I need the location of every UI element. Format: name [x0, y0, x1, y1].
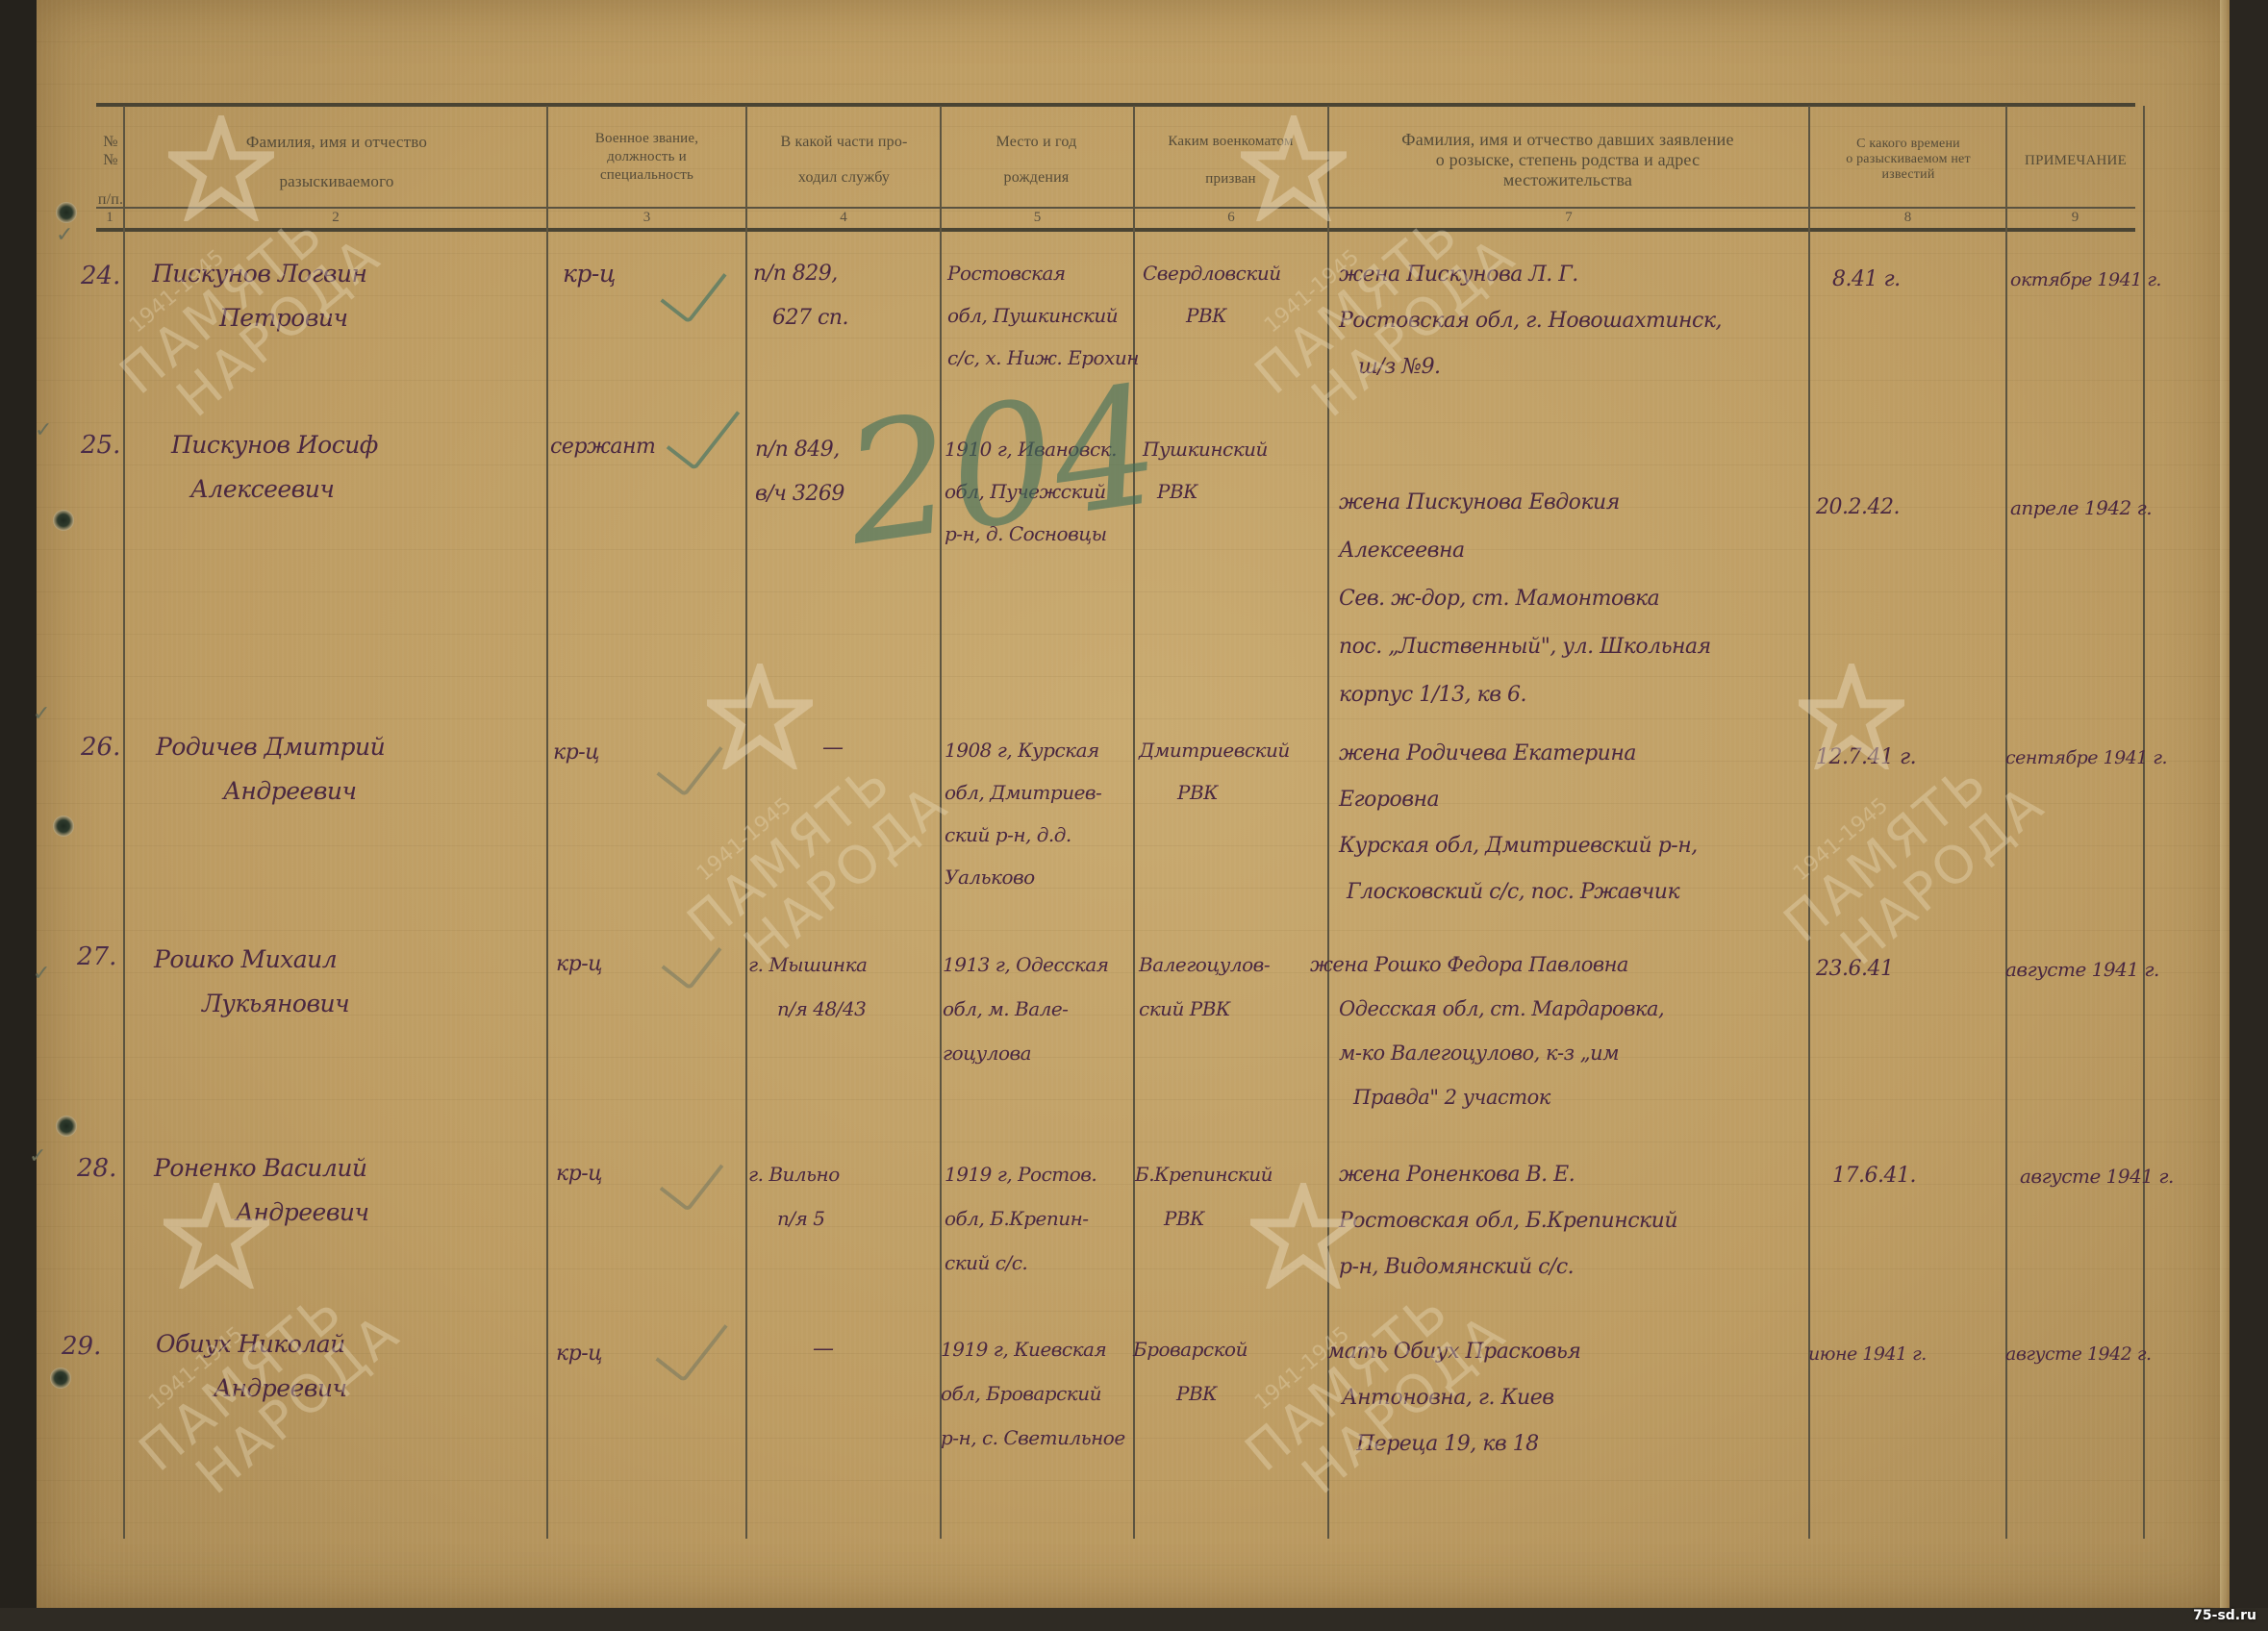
header-col-1: №№ п/п. [96, 133, 125, 209]
header-text: известий [1813, 167, 2003, 183]
text-line: Андреевич [156, 769, 385, 814]
military-rank: сержант [550, 425, 655, 469]
text-line: ш/з №9. [1339, 344, 1722, 390]
text-line: г. Мышинка [748, 942, 867, 987]
header-text: №№ [96, 133, 125, 169]
text-line: Переца 19, кв 18 [1327, 1421, 1580, 1468]
text-line: жена Рошко Федора Павловна [1310, 942, 1664, 987]
column-divider [2005, 106, 2007, 1539]
commissariat: Б.Крепинский РВК [1135, 1152, 1273, 1241]
text-line: ский р-н, д.д. [945, 814, 1101, 856]
column-number: 1 [96, 210, 123, 226]
no-news-since: 20.2.42. [1816, 486, 1900, 530]
text-line: Рошко Михаил [154, 938, 349, 982]
text-line: Алексеевна [1339, 527, 1711, 575]
header-col-4: В какой части про- ходил службу [750, 133, 938, 187]
text-line: Роненко Василий [154, 1146, 369, 1191]
text-line: мать Обиух Прасковья [1327, 1329, 1580, 1375]
text-line: Б.Крепинский [1135, 1152, 1273, 1196]
text-line: РВК [1133, 1371, 1247, 1416]
column-divider [1327, 106, 1329, 1539]
scan-bottom-border [0, 1608, 2268, 1631]
header-text: местожительства [1332, 170, 1803, 190]
column-divider [2143, 106, 2145, 1539]
no-news-since: 23.6.41 [1816, 947, 1893, 991]
military-unit: п/п 829, 627 сп. [753, 252, 848, 340]
row-number: 24. [81, 262, 120, 290]
margin-tick-icon: ✓ [29, 1144, 46, 1168]
text-line: Свердловский [1143, 252, 1281, 294]
text-line: Ростовская обл, Б.Крепинский [1339, 1198, 1677, 1244]
text-line: Валегоцулов- [1139, 942, 1270, 987]
note: апреле 1942 г. [2010, 486, 2152, 530]
text-line: жена Пискунова Л. Г. [1339, 252, 1722, 298]
person-name: Роненко Василий Андреевич [154, 1146, 369, 1235]
header-text: ходил службу [750, 168, 938, 187]
military-rank: кр-ц [563, 252, 616, 296]
text-line: обл, Пушкинский [947, 294, 1139, 337]
military-rank: кр-ц [553, 731, 599, 775]
header-text: о разыскиваемом нет [1813, 152, 2003, 167]
applicant-info: жена Рошко Федора Павловна Одесская обл,… [1310, 942, 1664, 1119]
header-col-3: Военное звание, должность и специальност… [553, 130, 741, 185]
military-unit: — [822, 726, 844, 770]
person-name: Рошко Михаил Лукьянович [154, 938, 349, 1026]
header-text: п/п. [96, 190, 125, 209]
text-line: Уальково [945, 856, 1101, 898]
no-news-since: 17.6.41. [1832, 1154, 1916, 1198]
header-text: призван [1137, 170, 1324, 188]
applicant-info: жена Родичева Екатерина Егоровна Курская… [1339, 731, 1698, 916]
note: сентябре 1941 г. [2005, 736, 2167, 780]
column-divider [940, 106, 942, 1539]
text-line: Ростовская [947, 252, 1139, 294]
no-news-since: июне 1941 г. [1808, 1332, 1927, 1376]
header-text: С какого времени [1813, 137, 2003, 152]
text-line: Андреевич [156, 1367, 347, 1411]
text-line: обл, Дмитриев- [945, 771, 1101, 814]
text-line: 1919 г, Киевская [941, 1327, 1125, 1371]
text-line: 1908 г, Курская [945, 729, 1101, 771]
row-number: 27. [77, 942, 116, 971]
punch-hole-mark-icon [56, 1116, 77, 1137]
text-line: п/я 48/43 [748, 987, 867, 1031]
text-line: м-ко Валегоцулово, к-з „им [1310, 1031, 1664, 1075]
header-text: ПРИМЕЧАНИЕ [2008, 152, 2143, 170]
scan-left-border [0, 0, 37, 1631]
military-rank: кр-ц [556, 942, 602, 987]
text-line: 627 сп. [753, 296, 848, 340]
applicant-info: жена Роненкова В. Е. Ростовская обл, Б.К… [1339, 1152, 1677, 1291]
text-line: гоцулова [943, 1031, 1109, 1075]
text-line: Глосковский с/с, пос. Ржавчик [1339, 869, 1698, 916]
text-line: Ростовская обл, г. Новошахтинск, [1339, 298, 1722, 344]
text-line: ский РВК [1139, 987, 1270, 1031]
person-name: Пискунов Иосиф Алексеевич [171, 423, 378, 512]
header-col-7: Фамилия, имя и отчество давших заявление… [1332, 130, 1803, 190]
header-text: Место и год [943, 133, 1130, 151]
birth-place-year: 1919 г, Киевская обл, Броварский р-н, с.… [941, 1327, 1125, 1460]
column-number: 8 [1810, 210, 2005, 226]
text-line: жена Пискунова Евдокия [1339, 479, 1711, 527]
text-line: жена Роненкова В. Е. [1339, 1152, 1677, 1198]
applicant-info: жена Пискунова Л. Г. Ростовская обл, г. … [1339, 252, 1722, 390]
column-divider [123, 106, 125, 1539]
military-unit: п/п 849, в/ч 3269 [755, 428, 844, 516]
row-number: 26. [81, 733, 120, 762]
text-line: в/ч 3269 [755, 472, 844, 516]
header-text: Фамилия, имя и отчество [135, 133, 539, 151]
column-number: 7 [1329, 210, 1808, 226]
header-col-2: Фамилия, имя и отчество разыскиваемого [135, 133, 539, 190]
punch-hole-mark-icon [53, 815, 74, 837]
column-number: 5 [942, 210, 1133, 226]
note: августе 1941 г. [2005, 947, 2159, 991]
header-text: Каким военкоматом [1137, 133, 1324, 151]
source-watermark: 75-sd.ru [2193, 1608, 2256, 1623]
punch-hole-mark-icon [56, 202, 77, 223]
header-col-9: ПРИМЕЧАНИЕ [2008, 152, 2143, 170]
punch-hole-mark-icon [50, 1368, 71, 1389]
column-number: 3 [548, 210, 745, 226]
text-line: пос. „Лиственный", ул. Школьная [1339, 623, 1711, 671]
column-number: 4 [747, 210, 940, 226]
applicant-info: мать Обиух Прасковья Антоновна, г. Киев … [1327, 1329, 1580, 1468]
column-divider [745, 106, 747, 1539]
margin-tick-icon: ✓ [56, 223, 73, 247]
text-line: Курская обл, Дмитриевский р-н, [1339, 823, 1698, 869]
text-line: корпус 1/13, кв 6. [1339, 671, 1711, 719]
column-number: 9 [2007, 210, 2143, 226]
birth-place-year: 1913 г, Одесская обл, м. Вале- гоцулова [943, 942, 1109, 1075]
text-line: обл, Броварский [941, 1371, 1125, 1416]
text-line: п/п 849, [755, 428, 844, 472]
text-line: п/п 829, [753, 252, 848, 296]
header-text: Военное звание, [553, 130, 741, 148]
note: октябре 1941 г. [2010, 258, 2161, 302]
text-line: Пискунов Логвин [152, 252, 367, 296]
text-line: 1913 г, Одесская [943, 942, 1109, 987]
column-divider [1808, 106, 1810, 1539]
text-line: р-н, Видомянский с/с. [1339, 1244, 1677, 1291]
text-line: Лукьянович [154, 982, 349, 1026]
header-text: о розыске, степень родства и адрес [1332, 150, 1803, 170]
header-col-5: Место и год рождения [943, 133, 1130, 187]
column-number: 2 [125, 210, 546, 226]
header-col-6: Каким военкоматом призван [1137, 133, 1324, 188]
margin-tick-icon: ✓ [33, 702, 50, 726]
no-news-since: 8.41 г. [1832, 258, 1901, 302]
text-line: Егоровна [1339, 777, 1698, 823]
header-col-8: С какого времени о разыскиваемом нет изв… [1813, 137, 2003, 183]
text-line: Броварской [1133, 1327, 1247, 1371]
text-line: РВК [1135, 1196, 1273, 1241]
military-unit: — [813, 1327, 834, 1371]
text-line: Дмитриевский [1139, 729, 1290, 771]
header-text: Фамилия, имя и отчество давших заявление [1332, 130, 1803, 150]
row-number: 29. [62, 1332, 101, 1361]
header-rule [96, 207, 2135, 209]
text-line: 1919 г, Ростов. [945, 1152, 1096, 1196]
text-line: жена Родичева Екатерина [1339, 731, 1698, 777]
person-name: Обиух Николай Андреевич [156, 1322, 347, 1411]
no-news-since: 12.7.41 г. [1816, 736, 1916, 780]
birth-place-year: 1908 г, Курская обл, Дмитриев- ский р-н,… [945, 729, 1101, 898]
applicant-info: жена Пискунова Евдокия Алексеевна Сев. ж… [1339, 479, 1711, 719]
row-number: 25. [81, 431, 120, 460]
note: августе 1942 г. [2005, 1332, 2152, 1376]
text-line: Пушкинский [1143, 428, 1268, 470]
header-text: В какой части про- [750, 133, 938, 151]
row-number: 28. [77, 1154, 116, 1183]
birth-place-year: 1919 г, Ростов. обл, Б.Крепин- ский с/с. [945, 1152, 1096, 1285]
text-line: РВК [1139, 771, 1290, 814]
header-text: рождения [943, 168, 1130, 187]
military-rank: кр-ц [556, 1152, 602, 1196]
military-rank: кр-ц [556, 1332, 602, 1376]
text-line: Обиух Николай [156, 1322, 347, 1367]
person-name: Родичев Дмитрий Андреевич [156, 725, 385, 814]
text-line: Одесская обл, ст. Мардаровка, [1310, 987, 1664, 1031]
text-line: обл, Б.Крепин- [945, 1196, 1096, 1241]
margin-tick-icon: ✓ [35, 418, 52, 442]
header-text: разыскиваемого [135, 172, 539, 190]
text-line: Сев. ж-дор, ст. Мамонтовка [1339, 575, 1711, 623]
text-line: г. Вильно [748, 1152, 840, 1196]
military-unit: г. Вильно п/я 5 [748, 1152, 840, 1241]
text-line: Пискунов Иосиф [171, 423, 378, 467]
text-line: РВК [1143, 294, 1281, 337]
table-top-rule [96, 103, 2135, 107]
text-line: ский с/с. [945, 1241, 1096, 1285]
header-text: должность и [553, 148, 741, 166]
header-text: специальность [553, 166, 741, 185]
text-line: р-н, с. Светильное [941, 1416, 1125, 1460]
text-line: Андреевич [154, 1191, 369, 1235]
column-number: 6 [1135, 210, 1327, 226]
column-number-rule [96, 228, 2135, 232]
text-line: Родичев Дмитрий [156, 725, 385, 769]
text-line: Петрович [152, 296, 367, 340]
column-divider [546, 106, 548, 1539]
text-line: обл, м. Вале- [943, 987, 1109, 1031]
page-number-stamp: 204 [837, 364, 1169, 569]
punch-hole-mark-icon [53, 510, 74, 531]
commissariat: Дмитриевский РВК [1139, 729, 1290, 814]
text-line: п/я 5 [748, 1196, 840, 1241]
commissariat: Броварской РВК [1133, 1327, 1247, 1416]
text-line: Антоновна, г. Киев [1327, 1375, 1580, 1421]
sheet-edge [2220, 0, 2230, 1608]
note: августе 1941 г. [2020, 1154, 2174, 1198]
commissariat: Валегоцулов- ский РВК [1139, 942, 1270, 1031]
text-line: Правда" 2 участок [1310, 1075, 1664, 1119]
commissariat: Свердловский РВК [1143, 252, 1281, 337]
margin-tick-icon: ✓ [33, 962, 50, 986]
military-unit: г. Мышинка п/я 48/43 [748, 942, 867, 1031]
person-name: Пискунов Логвин Петрович [152, 252, 367, 340]
text-line: Алексеевич [171, 467, 378, 512]
